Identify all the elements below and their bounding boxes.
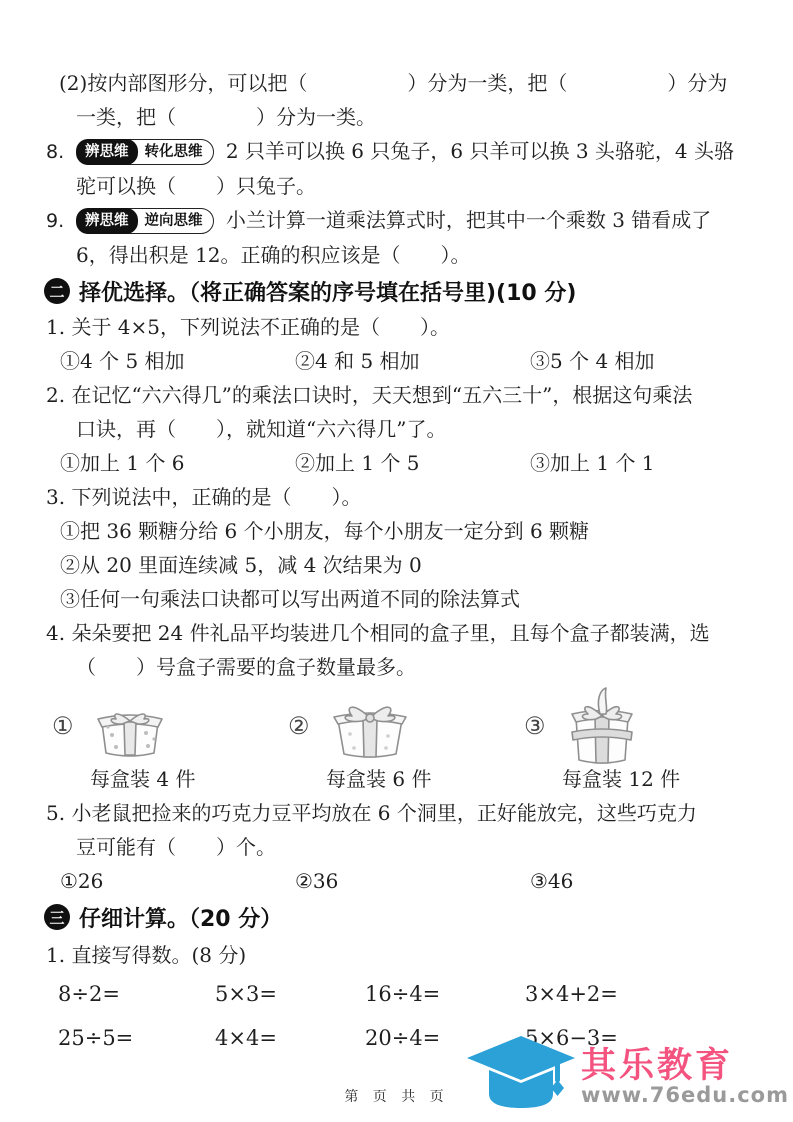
circled-number-2: ② — [288, 714, 310, 738]
question-7-part2-line2: 一类，把（ ）分为一类。 — [0, 100, 793, 134]
choice-q3-option-3: ③任何一句乘法口诀都可以写出两道不同的除法算式 — [0, 582, 793, 616]
expression: 25÷5= — [58, 1016, 215, 1060]
gift-box-1-top: ① — [52, 688, 288, 764]
option-2: ②36 — [295, 864, 530, 898]
question-7-part2-line1: (2)按内部图形分，可以把（ ）分为一类，把（ ）分为 — [0, 66, 793, 100]
gift-boxes-row: ① — [0, 688, 793, 796]
choice-q2-options: ①加上 1 个 6 ②加上 1 个 5 ③加上 1 个 1 — [0, 446, 793, 480]
choice-q4-line2: （ ）号盒子需要的盒子数量最多。 — [0, 650, 793, 684]
option-1: ①4 个 5 相加 — [60, 344, 295, 378]
question-8-number: 8. — [46, 135, 64, 169]
choice-q4-line1: 4. 朵朵要把 24 件礼品平均装进几个相同的盒子里，且每个盒子都装满，选 — [0, 616, 793, 650]
gift-box-1-icon — [88, 691, 172, 761]
option-1: ①26 — [60, 864, 295, 898]
gift-box-3-icon — [560, 684, 644, 768]
section-3-header: 三 仔细计算。（20 分） — [0, 898, 793, 936]
option-2: ②加上 1 个 5 — [295, 446, 530, 480]
thinking-badge: 辨思维 转化思维 — [77, 139, 214, 165]
choice-q1-options: ①4 个 5 相加 ②4 和 5 相加 ③5 个 4 相加 — [0, 344, 793, 378]
expression: 5×3= — [215, 972, 365, 1016]
section-2-title: 择优选择。（将正确答案的序号填在括号里)(10 分) — [79, 276, 576, 307]
brand-logo: 其乐教育 www.76edu.com — [465, 1034, 789, 1120]
section-3-number-icon: 三 — [44, 904, 70, 930]
choice-q3-option-2: ②从 20 里面连续减 5，减 4 次结果为 0 — [0, 548, 793, 582]
question-9-text: 小兰计算一道乘法算式时，把其中一个乘数 3 错看成了 — [226, 208, 711, 232]
worksheet-page: (2)按内部图形分，可以把（ ）分为一类，把（ ）分为 一类，把（ ）分为一类。… — [0, 0, 793, 1122]
expression: 4×4= — [215, 1016, 365, 1060]
question-8-line2: 驼可以换（ ）只兔子。 — [0, 169, 793, 203]
gift-box-item-2: ② — [288, 688, 524, 796]
circled-number-1: ① — [52, 714, 74, 738]
expression: 16÷4= — [365, 972, 525, 1016]
section-3-title: 仔细计算。（20 分） — [79, 902, 282, 933]
brand-logo-text: 其乐教育 www.76edu.com — [581, 1048, 789, 1107]
thinking-badge: 辨思维 逆向思维 — [77, 208, 214, 234]
gift-box-2-icon — [324, 690, 416, 762]
expression: 3×4+2= — [525, 972, 793, 1016]
gift-box-3-top: ③ — [524, 688, 760, 764]
option-2: ②4 和 5 相加 — [295, 344, 530, 378]
question-9-line1: 9. 辨思维 逆向思维 小兰计算一道乘法算式时，把其中一个乘数 3 错看成了 — [0, 203, 793, 238]
badge-right-label: 转化思维 — [138, 135, 213, 169]
question-8-text: 2 只羊可以换 6 只兔子，6 只羊可以换 3 头骆驼，4 头骆 — [226, 139, 734, 163]
question-9-number: 9. — [46, 204, 64, 238]
section-2-number-icon: 二 — [44, 278, 70, 304]
option-3: ③46 — [530, 864, 765, 898]
gift-box-2-label: 每盒装 6 件 — [288, 764, 524, 794]
gift-box-2-top: ② — [288, 688, 524, 764]
graduation-cap-icon — [465, 1034, 577, 1120]
question-9-line2: 6，得出积是 12。正确的积应该是（ ）。 — [0, 238, 793, 272]
calc-q1-title: 1. 直接写得数。(8 分) — [0, 938, 793, 972]
option-3: ③加上 1 个 1 — [530, 446, 765, 480]
badge-left-label: 辨思维 — [76, 208, 138, 234]
expression: 8÷2= — [58, 972, 215, 1016]
gift-box-3-label: 每盒装 12 件 — [524, 764, 760, 794]
choice-q1-text: 1. 关于 4×5，下列说法不正确的是（ ）。 — [0, 310, 793, 344]
circled-number-3: ③ — [524, 714, 546, 738]
gift-box-1-label: 每盒装 4 件 — [52, 764, 288, 794]
choice-q3-option-1: ①把 36 颗糖分给 6 个小朋友，每个小朋友一定分到 6 颗糖 — [0, 514, 793, 548]
calc-row-1: 8÷2= 5×3= 16÷4= 3×4+2= — [0, 972, 793, 1016]
brand-url: www.76edu.com — [581, 1084, 789, 1106]
choice-q2-line1: 2. 在记忆“六六得几”的乘法口诀时，天天想到“五六三十”，根据这句乘法 — [0, 378, 793, 412]
gift-box-item-1: ① — [52, 688, 288, 796]
option-3: ③5 个 4 相加 — [530, 344, 765, 378]
brand-name: 其乐教育 — [581, 1048, 733, 1085]
gift-box-item-3: ③ 每盒装 12 件 — [524, 688, 760, 796]
choice-q5-line1: 5. 小老鼠把捡来的巧克力豆平均放在 6 个洞里，正好能放完，这些巧克力 — [0, 796, 793, 830]
choice-q2-line2: 口诀，再（ ），就知道“六六得几”了。 — [0, 412, 793, 446]
choice-q3-text: 3. 下列说法中，正确的是（ ）。 — [0, 480, 793, 514]
option-1: ①加上 1 个 6 — [60, 446, 295, 480]
worksheet-content: (2)按内部图形分，可以把（ ）分为一类，把（ ）分为 一类，把（ ）分为一类。… — [0, 66, 793, 1060]
choice-q5-line2: 豆可能有（ ）个。 — [0, 830, 793, 864]
badge-right-label: 逆向思维 — [138, 204, 213, 238]
badge-left-label: 辨思维 — [76, 139, 138, 165]
question-8-line1: 8. 辨思维 转化思维 2 只羊可以换 6 只兔子，6 只羊可以换 3 头骆驼，… — [0, 134, 793, 169]
choice-q5-options: ①26 ②36 ③46 — [0, 864, 793, 898]
section-2-header: 二 择优选择。（将正确答案的序号填在括号里)(10 分) — [0, 272, 793, 310]
